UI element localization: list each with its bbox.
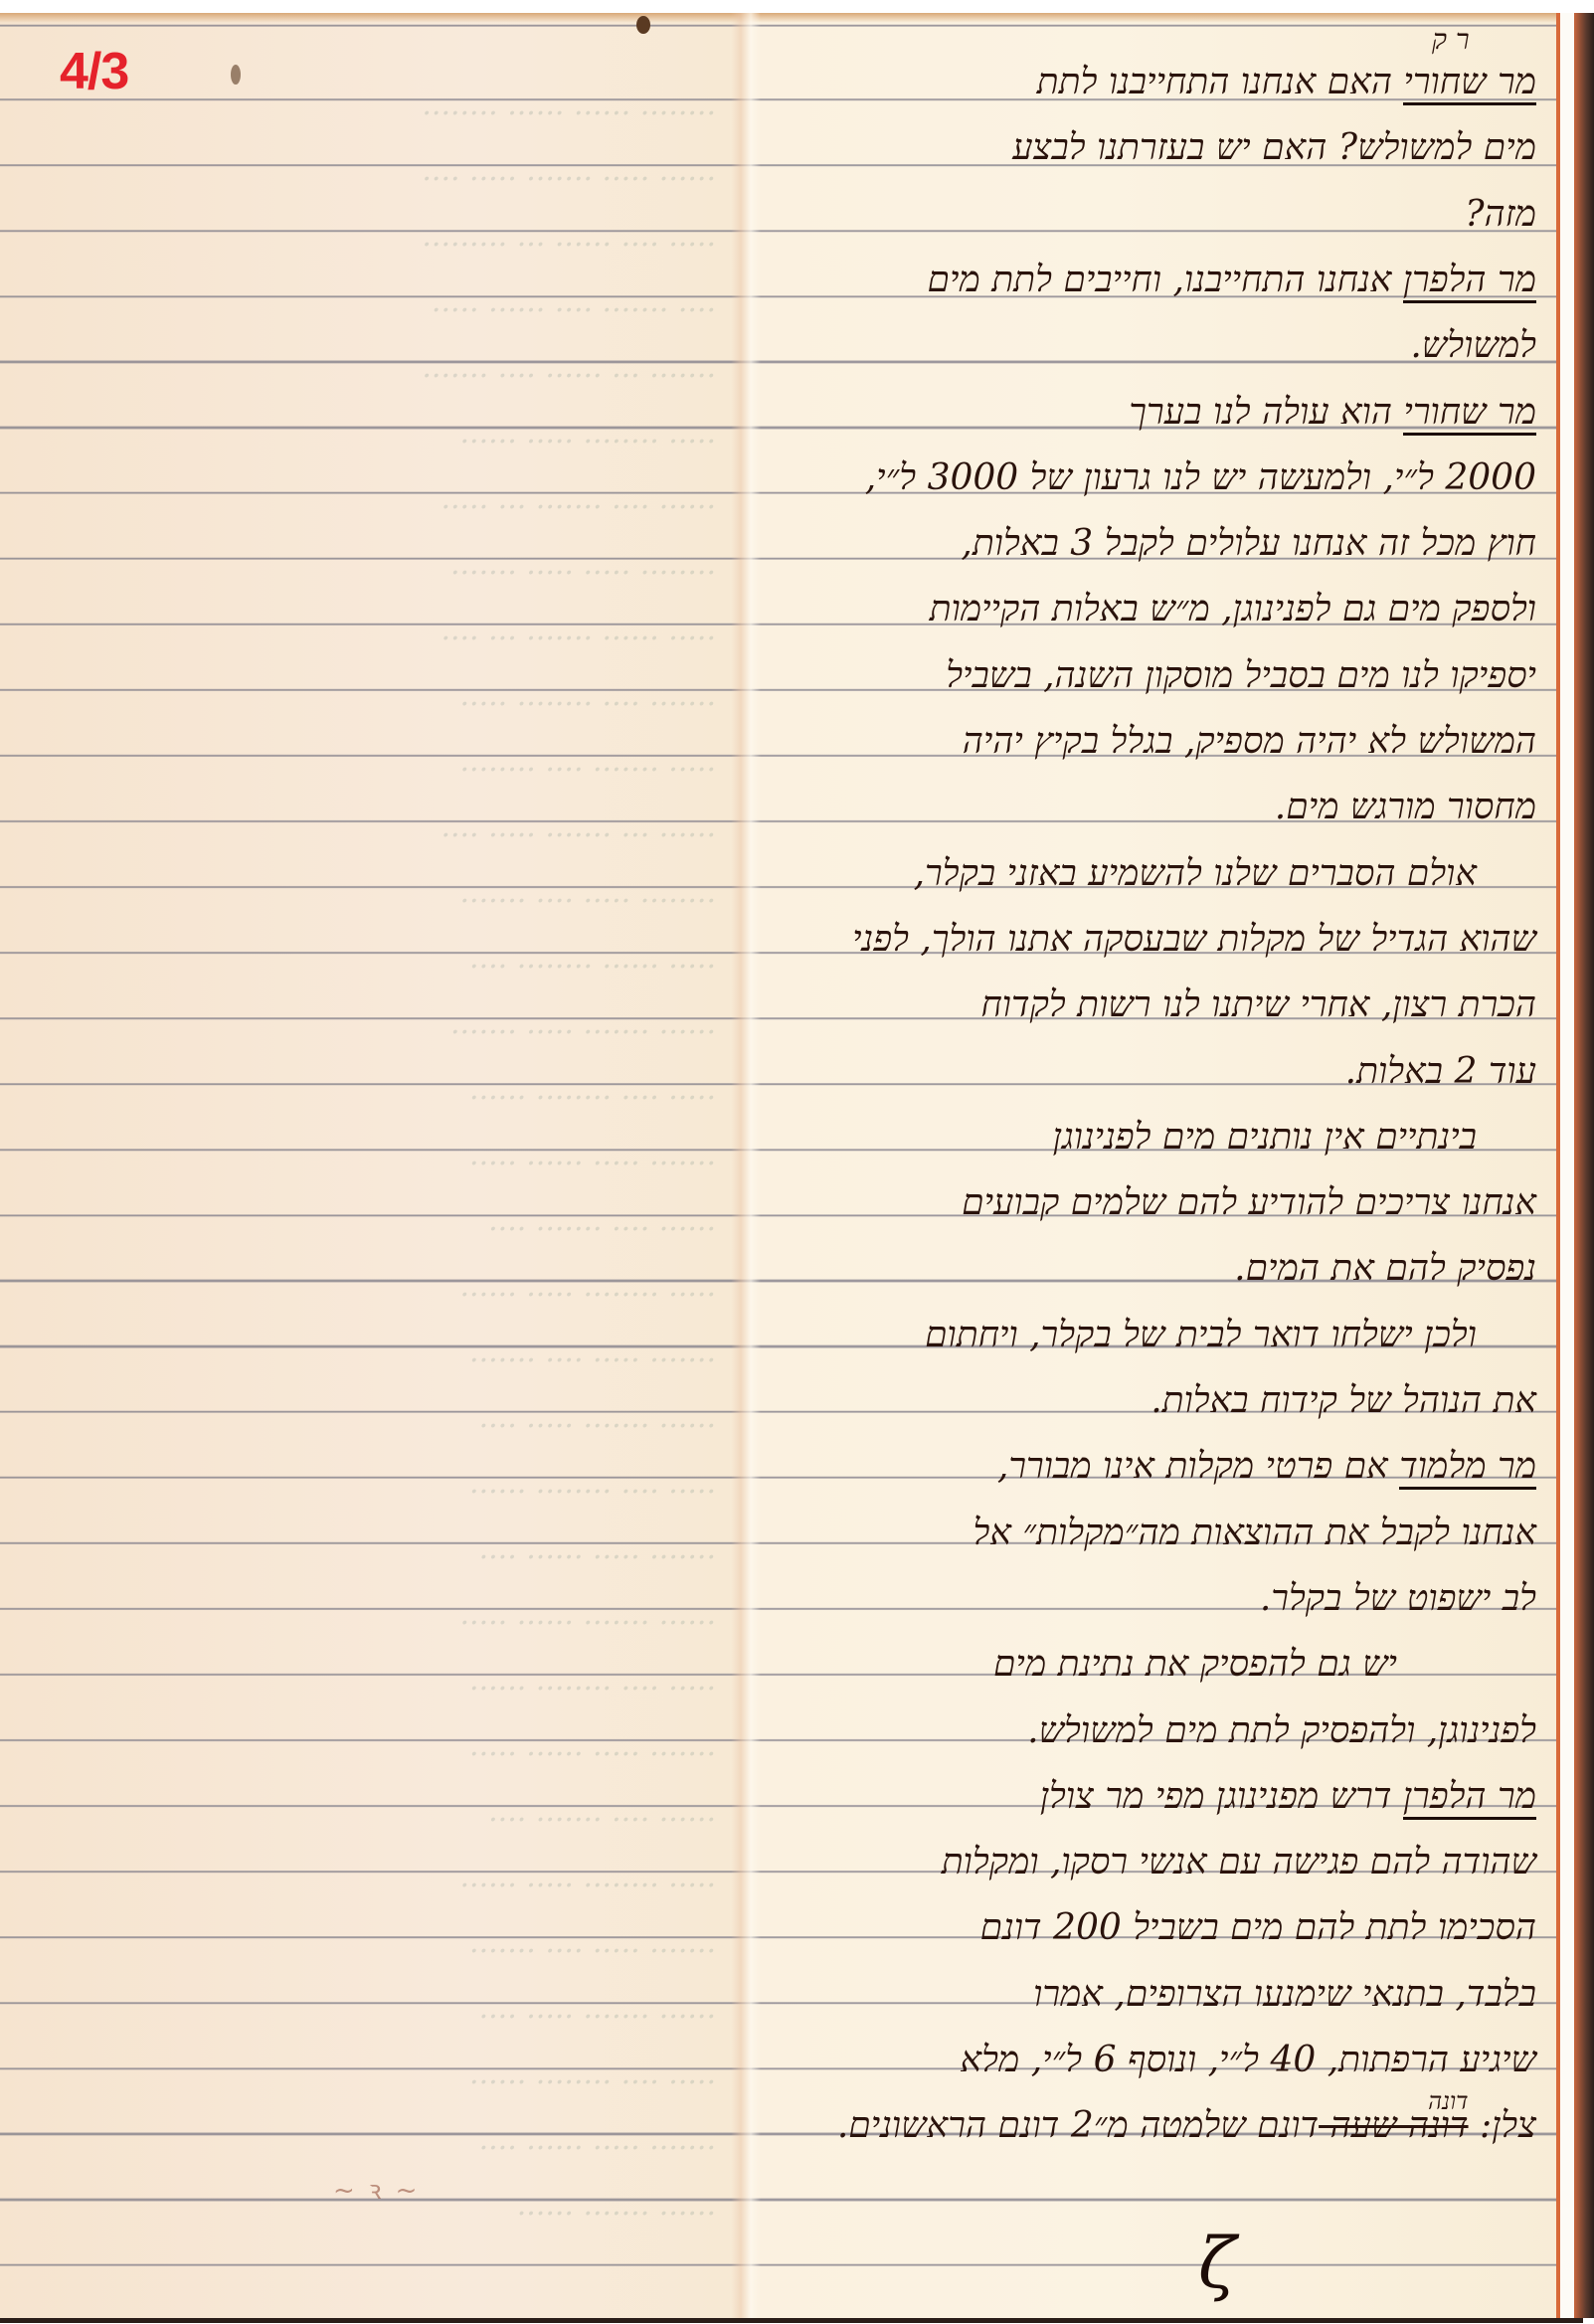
handwritten-line: לב ישפוט של בקלר. xyxy=(1260,1569,1536,1629)
line-text: בלבד, בתנאי שימנעו הצרופים, אמרו xyxy=(1033,1974,1536,2015)
page-edge xyxy=(1560,13,1574,2318)
handwritten-line: מר הלפרן דרש מפנינוגן מפי מר צולן xyxy=(1040,1767,1536,1827)
handwritten-line: ולכן ישלחו דואר לבית של בקלר, ויחתום xyxy=(925,1306,1477,1365)
bleed-line: ........ ..... .... ....... xyxy=(20,860,716,926)
bleed-line: ...... ....... ..... .... xyxy=(20,1385,716,1451)
handwritten-line: לפנינוגן, ולהפסיק לתת מים למשולש. xyxy=(1027,1701,1536,1761)
bleed-line: ...... ....... ..... ....... xyxy=(20,991,716,1057)
handwritten-line: אולם הסברים שלנו להשמיע באזני בקלר, xyxy=(914,844,1477,904)
bleed-line: ..... .... ........ ...... xyxy=(20,1057,716,1123)
handwritten-line: שהוא הגדיל של מקלות שבעסקה אתנו הולך, לפ… xyxy=(852,910,1536,970)
bleed-line: ..... ....... .... ........ xyxy=(20,729,716,795)
speaker-name: מר שחורי xyxy=(1403,62,1536,105)
bleed-line: ....... ... ...... .... ....... xyxy=(20,335,716,401)
speaker-name: מר הלפרן xyxy=(1403,1776,1536,1820)
handwritten-line: ולספק מים גם לפנינוגן, מ״ש באלות הקיימות xyxy=(930,580,1536,639)
line-text: חוץ מכל זה אנחנו עלולים לקבל 3 באלות, xyxy=(961,523,1536,564)
handwritten-line: המשולש לא יהיה מספיק, בגלל בקיץ יהיה xyxy=(963,712,1536,772)
bleed-line: ........ ..... ..... ....... xyxy=(20,532,716,598)
bleed-line: ..... ........ ..... ...... xyxy=(20,401,716,466)
bleed-line: ....... ..... .... ....... xyxy=(20,1910,716,1976)
line-text: מזה? xyxy=(1465,194,1536,235)
page-top-mark: ר ק xyxy=(1432,23,1470,57)
line-text: שהודה להם פגישה עם אנשי רסקו, ומקלות xyxy=(942,1842,1536,1882)
handwritten-line: מר הלפרן אנחנו התחייבנו, וחייבים לתת מים xyxy=(928,251,1536,310)
line-text: המשולש לא יהיה מספיק, בגלל בקיץ יהיה xyxy=(963,721,1536,762)
line-text: עוד 2 באלות. xyxy=(1345,1051,1536,1092)
bleed-line: ....... ..... ...... ..... xyxy=(20,1713,716,1779)
bleed-line: ...... ....... ..... .... xyxy=(20,1976,716,2042)
line-text: אנחנו צריכים להודיע להם שלמים קבועים xyxy=(962,1182,1536,1223)
line-text: שהוא הגדיל של מקלות שבעסקה אתנו הולך, לפ… xyxy=(852,919,1536,960)
line-text: בינתיים אין נותנים מים לפנינוגן xyxy=(1053,1117,1477,1158)
handwritten-line: מחסור מורגש מים. xyxy=(1275,778,1536,837)
bleed-line: .... ....... .... ...... ..... xyxy=(20,269,716,335)
line-text: מחסור מורגש מים. xyxy=(1275,787,1536,827)
bleed-line: ..... .... ........ ...... xyxy=(20,2042,716,2107)
line-text: אולם הסברים שלנו להשמיע באזני בקלר, xyxy=(914,853,1477,894)
binding-fold xyxy=(731,13,761,2318)
handwritten-line: מים למשולש? האם יש בעזרתנו לבצע xyxy=(1012,118,1536,178)
bleed-line: ....... ..... ...... .... xyxy=(20,2107,716,2173)
line-text: יש גם להפסיק את נתינת מים xyxy=(993,1644,1397,1685)
ink-stain: ~ ꝛ ~ xyxy=(333,2171,420,2207)
line-text: האם אנחנו התחייבנו לתת xyxy=(1037,62,1392,102)
handwritten-line: בלבד, בתנאי שימנעו הצרופים, אמרו xyxy=(1033,1965,1536,2025)
line-text: הוא עולה לנו בערך xyxy=(1129,392,1392,433)
bleed-line: ....... .... ........ ..... xyxy=(20,663,716,729)
left-page-bleed-through: ........ ...... ...... .............. ..… xyxy=(20,73,716,2238)
speaker-name: מר מלמוד xyxy=(1399,1446,1536,1490)
margin-note: צלן: xyxy=(1469,2105,1536,2146)
interlinear-correction: דונה xyxy=(1428,2071,1468,2131)
handwritten-line: מר שחורי הוא עולה לנו בערך xyxy=(1129,383,1536,443)
handwritten-line: למשולש. xyxy=(1410,316,1536,376)
bleed-line: ...... ....... ...... ..... xyxy=(20,1582,716,1648)
handwritten-line: מר שחורי האם אנחנו התחייבנו לתת xyxy=(1037,53,1536,112)
speaker-name: מר הלפרן xyxy=(1403,260,1536,303)
line-text: דרש מפנינוגן מפי מר צולן xyxy=(1040,1776,1392,1817)
line-text: למשולש. xyxy=(1410,325,1536,366)
struck-text: דונה שעה דונה xyxy=(1319,2105,1468,2146)
notebook-cover-edge xyxy=(1574,13,1594,2318)
bleed-line: ....... ..... ...... .... xyxy=(20,1517,716,1582)
line-text: הסכימו לתת להם מים בשביל 200 דונם xyxy=(980,1907,1536,1948)
bleed-line: ..... ........ ..... ...... xyxy=(20,1254,716,1320)
handwritten-line: בינתיים אין נותנים מים לפנינוגן xyxy=(1053,1108,1477,1167)
bleed-line: ...... ..... ....... ..... .... xyxy=(20,138,716,204)
handwritten-line: מר מלמוד אם פרטי מקלות אינו מבורר, xyxy=(997,1437,1536,1497)
line-text: נפסיק להם את המים. xyxy=(1234,1248,1536,1289)
handwritten-line: אנחנו לקבל את ההוצאות מה״מקלות״ אל xyxy=(974,1504,1536,1563)
bleed-line: ....... ..... ...... ..... xyxy=(20,1123,716,1188)
bleed-line: ..... .... ........ ...... xyxy=(20,1648,716,1713)
notebook-spread: ........ ...... ...... .............. ..… xyxy=(0,13,1583,2323)
bleed-line: ...... .... ....... .... xyxy=(20,1779,716,1845)
handwritten-line: יש גם להפסיק את נתינת מים xyxy=(993,1635,1397,1695)
bleed-line: ..... .... ........ ...... xyxy=(20,1451,716,1517)
line-text: ולספק מים גם לפנינוגן, מ״ש באלות הקיימות xyxy=(930,589,1536,629)
signature-mark: ζ xyxy=(1198,2223,1236,2304)
bleed-line: ...... .... ....... .... xyxy=(20,1188,716,1254)
handwritten-line: חוץ מכל זה אנחנו עלולים לקבל 3 באלות, xyxy=(961,514,1536,574)
line-text: לב ישפוט של בקלר. xyxy=(1260,1578,1536,1619)
handwritten-line: 2000 ל״י, ולמעשה יש לנו גרעון של 3000 ל״… xyxy=(865,448,1536,508)
handwritten-line: נפסיק להם את המים. xyxy=(1234,1239,1536,1299)
line-text: אנחנו לקבל את ההוצאות מה״מקלות״ אל xyxy=(974,1513,1536,1553)
handwritten-line: עוד 2 באלות. xyxy=(1345,1042,1536,1102)
handwritten-line: אנחנו צריכים להודיע להם שלמים קבועים xyxy=(962,1173,1536,1233)
line-text: 2000 ל״י, ולמעשה יש לנו גרעון של 3000 ל״… xyxy=(865,457,1536,498)
line-text: את הנוהל של קידוח באלות. xyxy=(1151,1380,1536,1421)
handwritten-line: מזה? xyxy=(1465,185,1536,245)
ink-speck xyxy=(636,16,650,34)
line-text: אנחנו התחייבנו, וחייבים לתת מים xyxy=(928,260,1392,300)
bleed-line: ..... ...... ....... ... .... xyxy=(20,598,716,663)
handwritten-line: הכרת רצון, אחרי שיתנו לנו רשות לקדוח xyxy=(981,976,1537,1035)
line-text: ולכן ישלחו דואר לבית של בקלר, ויחתום xyxy=(925,1315,1477,1355)
line-text: לפנינוגן, ולהפסיק לתת מים למשולש. xyxy=(1027,1710,1536,1751)
handwritten-line: את הנוהל של קידוח באלות. xyxy=(1151,1371,1536,1431)
line-text: אם פרטי מקלות אינו מבורר, xyxy=(997,1446,1388,1487)
line-text: מים למשולש? האם יש בעזרתנו לבצע xyxy=(1012,127,1536,168)
bleed-line: ....... ..... .... ....... xyxy=(20,1320,716,1385)
handwritten-line: צלן: דונה שעה דונהדונם שלמטה מ״2 דונם הר… xyxy=(837,2096,1536,2156)
ink-speck xyxy=(231,65,241,85)
line-text: דונם שלמטה מ״2 דונם הראשונים. xyxy=(837,2105,1319,2146)
line-text: הכרת רצון, אחרי שיתנו לנו רשות לקדוח xyxy=(981,984,1537,1025)
page-label: 4/3 xyxy=(60,42,128,101)
speaker-name: מר שחורי xyxy=(1403,392,1536,436)
bleed-line: ..... ........ ..... ...... xyxy=(20,1845,716,1910)
bleed-line: ..... ...... ........ .... xyxy=(20,926,716,991)
bleed-line: ...... .... ....... ... ..... xyxy=(20,466,716,532)
handwritten-line: יספיקו לנו מים בסביל מוסקון השנה, בשביל xyxy=(946,646,1536,706)
bleed-line: ...... ... ....... ..... .... xyxy=(20,795,716,860)
bleed-line: ..... .... ...... ... ......... xyxy=(20,204,716,269)
handwritten-line: הסכימו לתת להם מים בשביל 200 דונם xyxy=(980,1898,1536,1958)
line-text: יספיקו לנו מים בסביל מוסקון השנה, בשביל xyxy=(946,655,1536,696)
handwritten-line: שהודה להם פגישה עם אנשי רסקו, ומקלות xyxy=(942,1833,1536,1892)
